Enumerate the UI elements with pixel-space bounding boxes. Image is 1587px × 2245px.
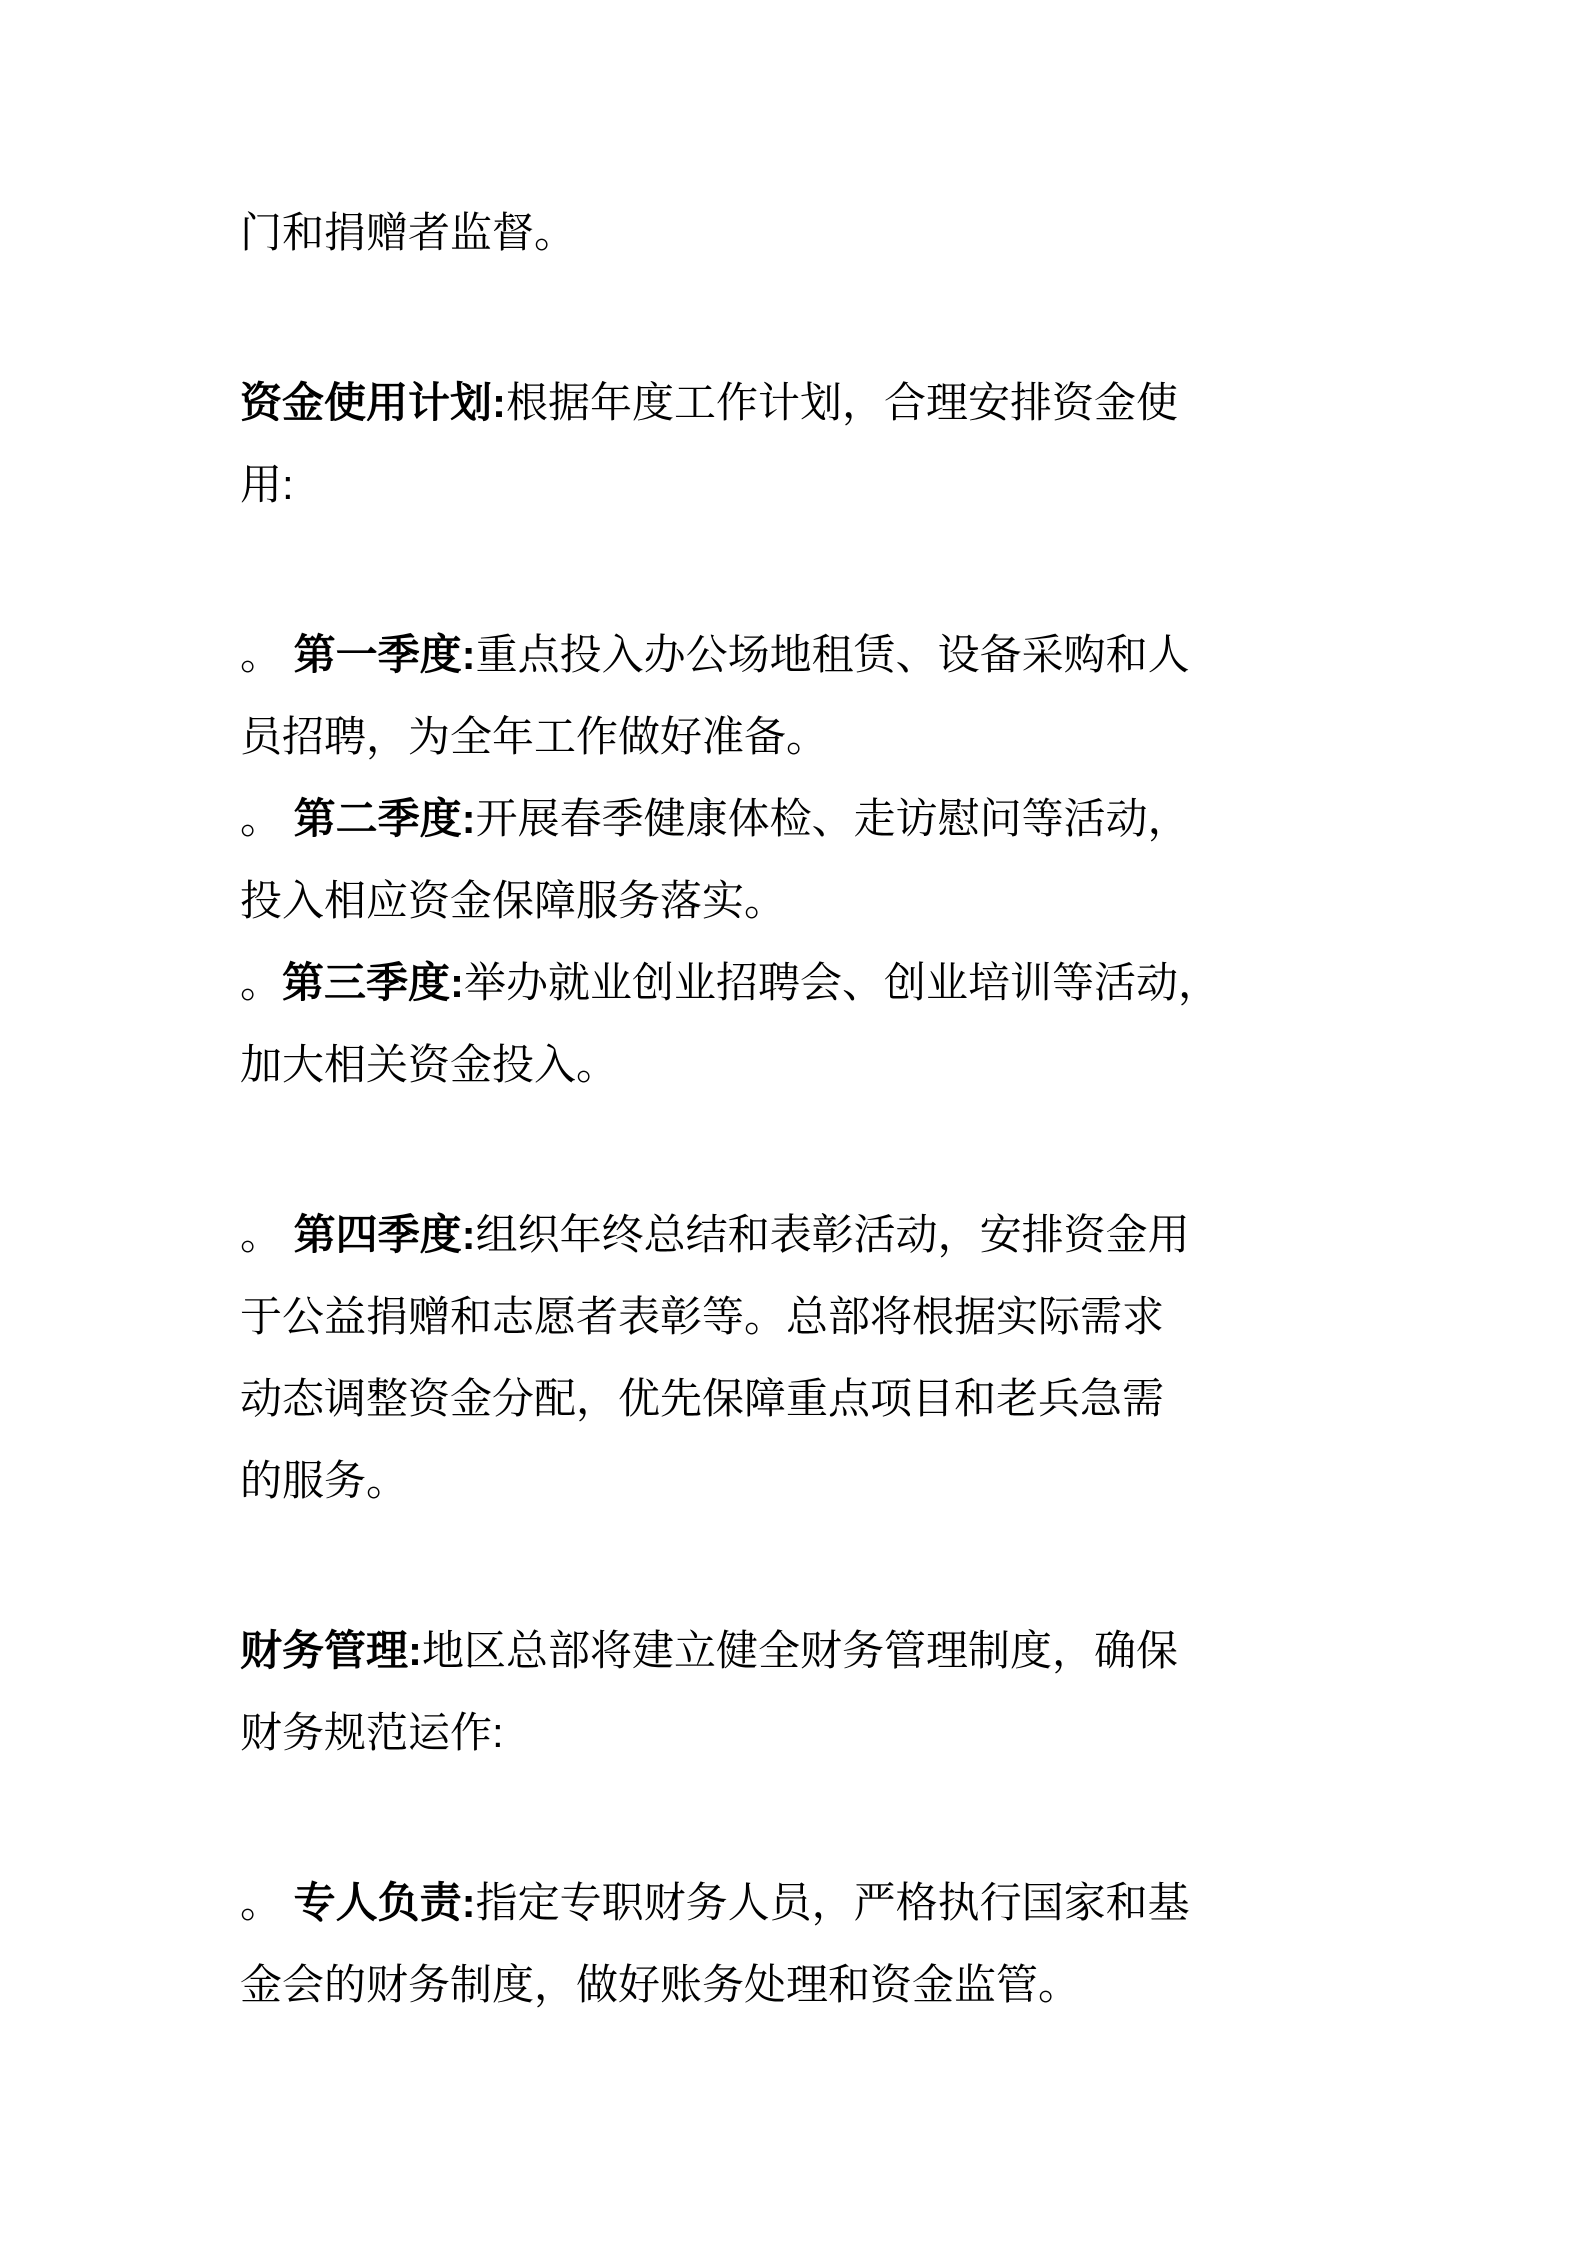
run-bold-label: 第四季度: [294,1211,476,1258]
run-bold-label: 资金使用计划: [240,379,506,426]
run-bold-label: 专人负责: [294,1879,476,1926]
text-line: 。 专人负责:指定专职财务人员，严格执行国家和基 [240,1862,1200,1944]
text-run: 根据年度工作计划，合理安排资金使 [506,379,1178,426]
text-line: 。 第一季度:重点投入办公场地租赁、设备采购和人 [240,614,1200,696]
bullet-marker: 。 [240,795,294,842]
text-run: 地区总部将建立健全财务管理制度，确保 [422,1627,1178,1674]
document-content: 门和捐赠者监督。资金使用计划:根据年度工作计划，合理安排资金使用:。 第一季度:… [240,192,1200,2026]
paragraph-continuation: 门和捐赠者监督。 [240,192,1200,274]
text-run: 投入相应资金保障服务落实。 [240,877,786,924]
text-run: 的服务。 [240,1457,408,1504]
text-line: 用: [240,444,1200,526]
bullet-marker: 。 [240,1879,294,1926]
bullet-quarter-4: 。 第四季度:组织年终总结和表彰活动，安排资金用于公益捐赠和志愿者表彰等。总部将… [240,1194,1200,1522]
text-line: 。第三季度:举办就业创业招聘会、创业培训等活动， [240,942,1200,1024]
bullet-quarter-1: 。 第一季度:重点投入办公场地租赁、设备采购和人员招聘，为全年工作做好准备。 [240,614,1200,778]
text-line: 。 第四季度:组织年终总结和表彰活动，安排资金用 [240,1194,1200,1276]
text-run: 于公益捐赠和志愿者表彰等。总部将根据实际需求 [240,1293,1164,1340]
paragraph-financial-management: 财务管理:地区总部将建立健全财务管理制度，确保财务规范运作: [240,1610,1200,1774]
text-line: 财务管理:地区总部将建立健全财务管理制度，确保 [240,1610,1200,1692]
text-run: 加大相关资金投入。 [240,1041,618,1088]
text-line: 加大相关资金投入。 [240,1024,1200,1106]
run-bold-label: 第三季度: [282,959,464,1006]
text-run: 金会的财务制度，做好账务处理和资金监管。 [240,1961,1080,2008]
text-run: 指定专职财务人员，严格执行国家和基 [476,1879,1190,1926]
bullet-dedicated-staff: 。 专人负责:指定专职财务人员，严格执行国家和基金会的财务制度，做好账务处理和资… [240,1862,1200,2026]
text-run: 开展春季健康体检、走访慰问等活动， [476,795,1190,842]
text-run: 用: [240,461,294,508]
bullet-marker: 。 [240,1211,294,1258]
document-page: 门和捐赠者监督。资金使用计划:根据年度工作计划，合理安排资金使用:。 第一季度:… [0,0,1587,2245]
text-line: 投入相应资金保障服务落实。 [240,860,1200,942]
text-line: 金会的财务制度，做好账务处理和资金监管。 [240,1944,1200,2026]
text-run: 组织年终总结和表彰活动，安排资金用 [476,1211,1190,1258]
text-line: 资金使用计划:根据年度工作计划，合理安排资金使 [240,362,1200,444]
text-run: 举办就业创业招聘会、创业培训等活动， [464,959,1220,1006]
run-bold-label: 财务管理: [240,1627,422,1674]
bullet-quarter-3: 。第三季度:举办就业创业招聘会、创业培训等活动，加大相关资金投入。 [240,942,1200,1106]
text-line: 的服务。 [240,1440,1200,1522]
run-bold-label: 第二季度: [294,795,476,842]
bullet-marker: 。 [240,959,282,1006]
bullet-quarter-2: 。 第二季度:开展春季健康体检、走访慰问等活动，投入相应资金保障服务落实。 [240,778,1200,942]
bullet-marker: 。 [240,631,294,678]
text-line: 动态调整资金分配，优先保障重点项目和老兵急需 [240,1358,1200,1440]
text-run: 重点投入办公场地租赁、设备采购和人 [476,631,1190,678]
text-run: 财务规范运作: [240,1709,504,1756]
run-bold-label: 第一季度: [294,631,476,678]
text-run: 动态调整资金分配，优先保障重点项目和老兵急需 [240,1375,1164,1422]
text-line: 员招聘，为全年工作做好准备。 [240,696,1200,778]
text-run: 门和捐赠者监督。 [240,209,576,256]
text-line: 。 第二季度:开展春季健康体检、走访慰问等活动， [240,778,1200,860]
text-line: 于公益捐赠和志愿者表彰等。总部将根据实际需求 [240,1276,1200,1358]
text-line: 财务规范运作: [240,1692,1200,1774]
text-run: 员招聘，为全年工作做好准备。 [240,713,828,760]
text-line: 门和捐赠者监督。 [240,192,1200,274]
paragraph-funding-plan: 资金使用计划:根据年度工作计划，合理安排资金使用: [240,362,1200,526]
